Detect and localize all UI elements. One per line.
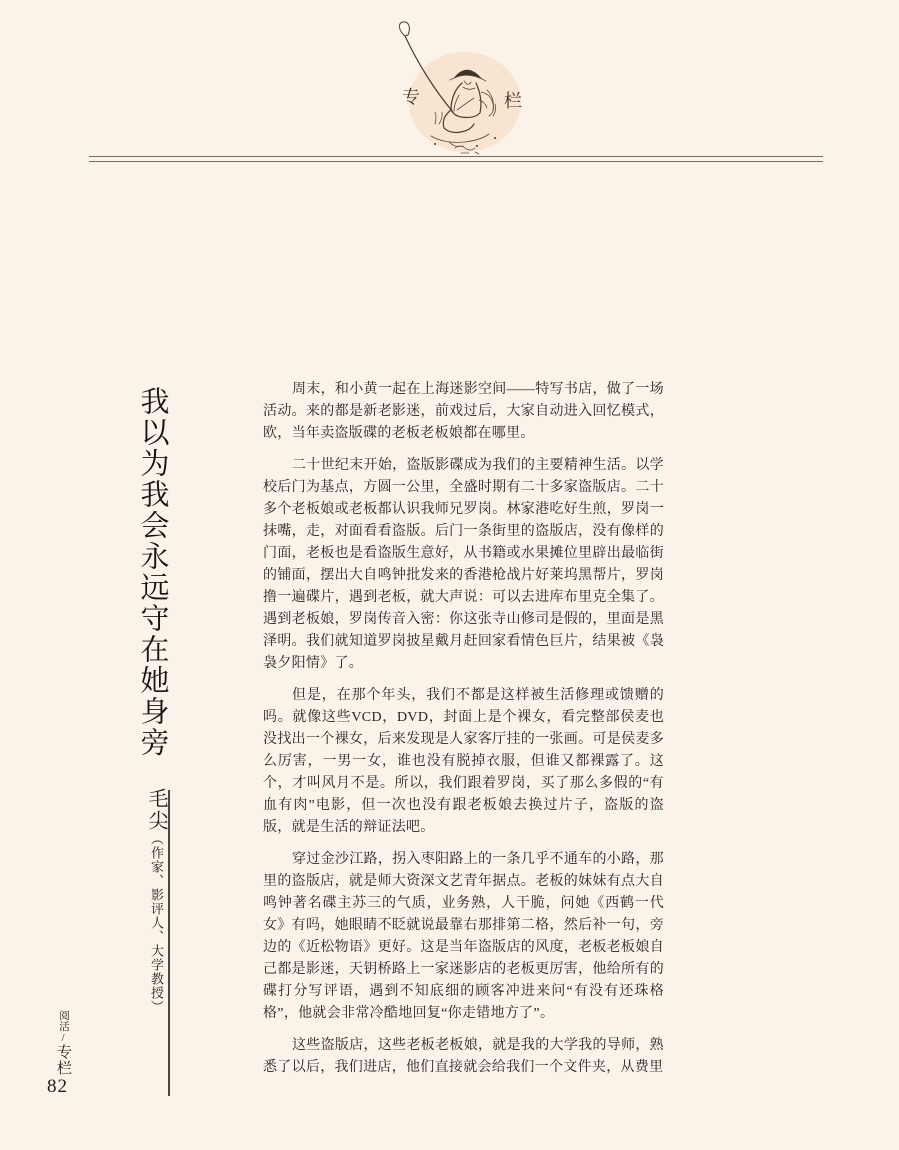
page-header: 专 栏 xyxy=(375,20,535,158)
author-name: 毛尖 xyxy=(145,788,167,832)
footer-separator: / xyxy=(57,1032,69,1044)
header-double-rule xyxy=(89,156,823,162)
column-label-right: 栏 xyxy=(504,92,522,110)
article-title: 我以为我会永远守在她身旁 xyxy=(137,386,167,786)
article-paragraph-2: 二十世纪末开始，盗版影碟成为我们的主要精神生活。以学校后门为基点，方圆一公里，全… xyxy=(263,455,664,675)
article-paragraph-1: 周末，和小黄一起在上海迷影空间——特写书店，做了一场活动。来的都是新老影迷，前戏… xyxy=(263,379,664,445)
page-number: 82 xyxy=(47,1076,68,1098)
author-roles: （作家、影评人、大学教授） xyxy=(149,832,164,1014)
article-paragraph-3: 但是，在那个年头，我们不都是这样被生活修理或馈赠的吗。就像这些VCD，DVD，封… xyxy=(263,685,664,839)
page-footer: 阅活/专栏 xyxy=(55,1010,71,1082)
fisherman-illustration xyxy=(375,20,535,158)
footer-section-name: 专栏 xyxy=(55,1044,71,1076)
article-body: 周末，和小黄一起在上海迷影空间——特写书店，做了一场活动。来的都是新老影迷，前戏… xyxy=(263,379,664,1079)
article-paragraph-5: 这些盗版店，这些老板老板娘，就是我的大学我的导师，熟悉了以后，我们进店，他们直接… xyxy=(263,1035,664,1079)
column-label-left: 专 xyxy=(402,88,420,106)
magazine-page: 专 栏 我以为我会永远守在她身旁 毛尖（作家、影评人、大学教授） 阅活/专栏 8… xyxy=(0,0,899,1150)
article-paragraph-4: 穿过金沙江路，拐入枣阳路上的一条几乎不通车的小路，那里的盗版店，就是师大资深文艺… xyxy=(263,849,664,1025)
footer-magazine-name: 阅活 xyxy=(58,1010,69,1032)
author-line: 毛尖（作家、影评人、大学教授） xyxy=(142,788,171,1098)
